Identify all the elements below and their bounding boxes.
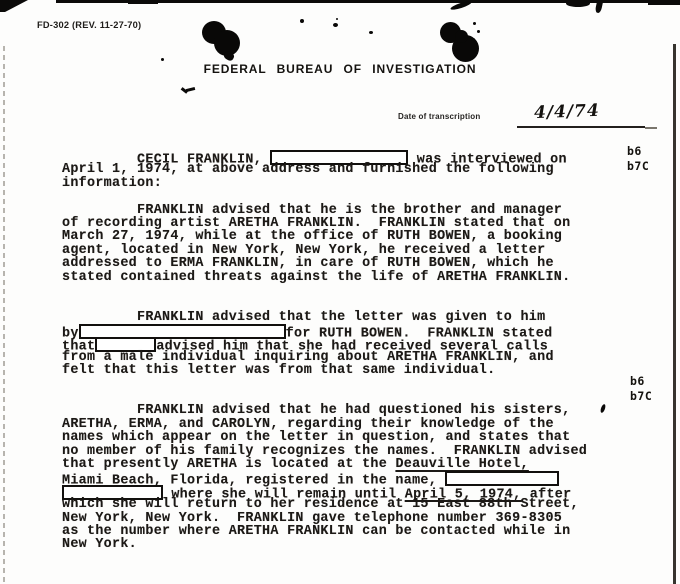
document-line: names which appear on the letter in ques… <box>62 431 622 444</box>
date-underline <box>517 126 645 128</box>
ink-speck <box>336 18 338 20</box>
document-line: where she will remain until April 5, 197… <box>62 485 622 498</box>
document-line: which she will return to her residence a… <box>62 498 622 511</box>
document-line: CECIL FRANKLIN, was interviewed on <box>62 150 622 163</box>
document-line: agent, located in New York, New York, he… <box>62 244 622 257</box>
ink-speck <box>471 38 475 41</box>
form-number-label: FD-302 (REV. 11-27-70) <box>37 20 141 30</box>
ink-speck <box>161 58 164 61</box>
ink-speck <box>300 19 304 23</box>
exemption-code-b6: b6 <box>627 144 649 159</box>
scan-edge-right <box>673 44 676 584</box>
text-run: as the number where ARETHA FRANKLIN can … <box>62 524 570 539</box>
document-line: FRANKLIN advised that the letter was giv… <box>62 311 622 324</box>
date-of-transcription-label: Date of transcription <box>398 112 480 121</box>
underlined-text: Deauville Hotel, <box>395 457 528 472</box>
date-underline-tail <box>645 127 657 129</box>
scan-corner-wedge <box>0 0 28 12</box>
document-line: New York. <box>62 538 622 551</box>
scan-edge-top-blob <box>566 0 590 7</box>
paragraph: FRANKLIN advised that he is the brother … <box>62 204 622 284</box>
exemption-code-b7c: b7C <box>627 159 649 174</box>
ink-speck <box>473 22 476 25</box>
document-line: felt that this letter was from that same… <box>62 364 622 377</box>
scan-edge-top-hook <box>595 0 604 13</box>
scan-edge-top-corner <box>648 0 680 5</box>
pen-check-mark <box>186 87 195 92</box>
ink-blob <box>455 30 468 43</box>
text-run: FRANKLIN advised that the letter was giv… <box>62 310 545 325</box>
document-line: April 1, 1974, at above address and furn… <box>62 163 622 176</box>
document-line: New York, New York. FRANKLIN gave teleph… <box>62 512 622 525</box>
ink-speck <box>369 31 373 34</box>
exemption-code-b7c: b7C <box>630 389 652 404</box>
paragraph: FRANKLIN advised that he had questioned … <box>62 404 622 551</box>
text-run: that presently ARETHA is located at the <box>62 457 395 472</box>
document-line: thatadvised him that she had received se… <box>62 337 622 350</box>
document-line: byfor RUTH BOWEN. FRANKLIN stated <box>62 324 622 337</box>
document-body: CECIL FRANKLIN, was interviewed onApril … <box>62 150 622 552</box>
document-line: FRANKLIN advised that he had questioned … <box>62 404 622 417</box>
text-run: felt that this letter was from that same… <box>62 363 495 378</box>
text-run: New York. <box>62 537 137 552</box>
document-line: Miami Beach, Florida, registered in the … <box>62 471 622 484</box>
document-line: that presently ARETHA is located at the … <box>62 458 622 471</box>
document-line: of recording artist ARETHA FRANKLIN. FRA… <box>62 217 622 230</box>
document-line: as the number where ARETHA FRANKLIN can … <box>62 525 622 538</box>
scanned-document-page: FD-302 (REV. 11-27-70) FEDERAL BUREAU OF… <box>0 0 680 584</box>
document-line: information: <box>62 177 622 190</box>
transcription-date-handwritten: 4/4/74 <box>534 101 600 123</box>
document-line: March 27, 1974, while at the office of R… <box>62 230 622 243</box>
paragraph: FRANKLIN advised that the letter was giv… <box>62 311 622 378</box>
exemption-codes-top: b6 b7C <box>627 144 649 174</box>
scan-edge-top-bump <box>128 0 158 4</box>
text-run: stated contained threats against the lif… <box>62 270 570 285</box>
scan-edge-left <box>3 46 5 582</box>
text-run: information: <box>62 176 162 191</box>
exemption-codes-bottom: b6 b7C <box>630 374 652 404</box>
document-line: FRANKLIN advised that he is the brother … <box>62 204 622 217</box>
document-line: addressed to ERMA FRANKLIN, in care of R… <box>62 257 622 270</box>
ink-speck <box>477 30 480 33</box>
document-line: from a male individual inquiring about A… <box>62 351 622 364</box>
exemption-code-b6: b6 <box>630 374 652 389</box>
paragraph: CECIL FRANKLIN, was interviewed onApril … <box>62 150 622 190</box>
document-line: stated contained threats against the lif… <box>62 271 622 284</box>
document-line: ARETHA, ERMA, and CAROLYN, regarding the… <box>62 418 622 431</box>
agency-title: FEDERAL BUREAU OF INVESTIGATION <box>0 62 680 76</box>
document-line: no member of his family recognizes the n… <box>62 445 622 458</box>
ink-speck <box>333 23 338 27</box>
